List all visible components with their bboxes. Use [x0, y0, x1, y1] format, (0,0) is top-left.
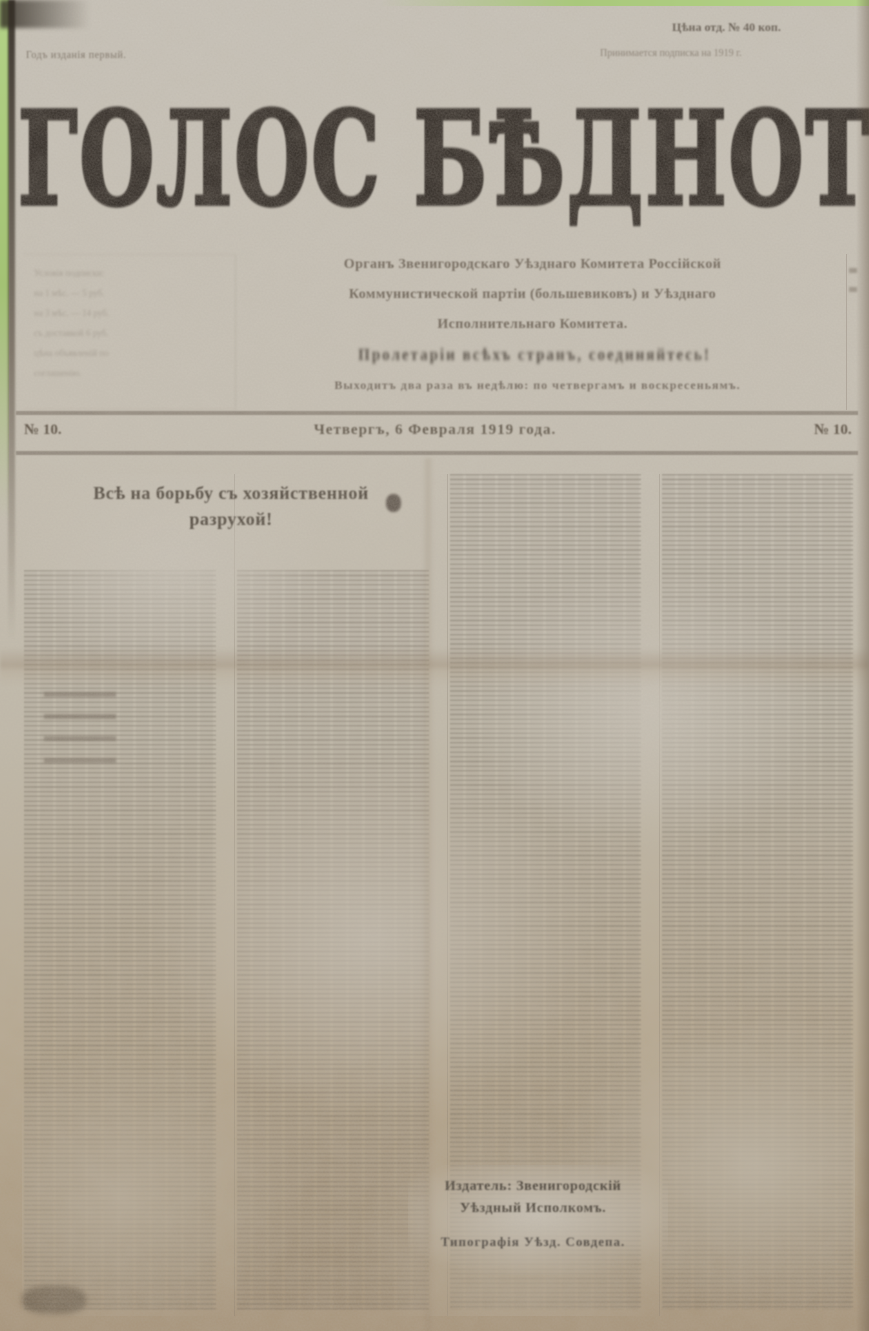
subscription-price-box: Условія подписки: на 1 мѣс. — 5 руб. на …: [24, 254, 236, 410]
organ-subtitle-line: Коммунистической партіи (большевиковъ) и…: [250, 280, 815, 310]
tagline-left: Годъ изданія первый.: [26, 50, 196, 61]
subscription-box-line: Условія подписки:: [34, 263, 225, 283]
text-column-2: [234, 474, 430, 1316]
vertical-fold-crease: [422, 458, 434, 1331]
slogan-bar: Пролетаріи всѣхъ странъ, соединяйтесь!: [262, 346, 807, 366]
page-top-left-smudge: [0, 0, 90, 28]
publication-schedule: Выходитъ два раза въ недѣлю: по четверга…: [265, 378, 810, 393]
imprint-printer-line: Типографія Уѣзд. Совдепа.: [408, 1234, 658, 1250]
imprint-publisher-line2: Уѣздный Исполкомъ.: [408, 1198, 658, 1220]
organ-subtitle-line: Исполнительнаго Комитета.: [250, 310, 815, 340]
date-line: Четвергъ, 6 Февраля 1919 года.: [200, 422, 670, 439]
organ-subtitle-line: Органъ Звенигородскаго Уѣзднаго Комитета…: [250, 250, 815, 280]
price-line: Цѣна отд. № 40 коп.: [672, 20, 862, 35]
subscription-box-line: соглашенію.: [34, 363, 225, 383]
lead-headline: Всѣ на борьбу съ хозяйственной разрухой!: [28, 480, 434, 532]
horizontal-rule-top: [16, 411, 858, 415]
subscription-box-line: на 3 мѣс. — 14 руб.: [34, 303, 225, 323]
masthead-title: ГОЛОС БѢДНОТЫ: [18, 84, 858, 236]
issue-number-left: № 10.: [24, 422, 62, 439]
subscription-box-line: съ доставкой 6 руб.: [34, 323, 225, 343]
imprint-publisher-line1: Издатель: Звенигородскій: [408, 1176, 658, 1198]
organ-subtitle: Органъ Звенигородскаго Уѣзднаго Комитета…: [250, 250, 815, 340]
ink-blotch-bottom-left: [22, 1286, 86, 1314]
subscription-note: Принимается подписка на 1919 г.: [600, 48, 850, 59]
text-column-1: [22, 474, 218, 1316]
text-column-4: [659, 474, 855, 1316]
subscription-box-line: цѣна объявленій по: [34, 343, 225, 363]
imprint-block: Издатель: Звенигородскій Уѣздный Исполко…: [408, 1176, 658, 1250]
page-left-edge-shadow: [8, 0, 15, 640]
issue-number-right: № 10.: [814, 422, 852, 439]
scanner-background-top-edge: [380, 0, 869, 6]
horizontal-fold-crease: [0, 648, 869, 686]
subscription-box-line: на 1 мѣс. — 5 руб.: [34, 283, 225, 303]
newspaper-scan-page: { "colors": { "backdrop_green": "#a3c274…: [0, 0, 869, 1331]
lead-headline-line1: Всѣ на борьбу съ хозяйственной: [28, 480, 434, 506]
lead-headline-line2: разрухой!: [28, 506, 434, 532]
paragraph-dashes: [44, 692, 116, 780]
column-text-texture: [662, 474, 853, 1310]
page-right-edge-shadow: [856, 0, 869, 1331]
horizontal-rule-bottom: [16, 451, 858, 455]
